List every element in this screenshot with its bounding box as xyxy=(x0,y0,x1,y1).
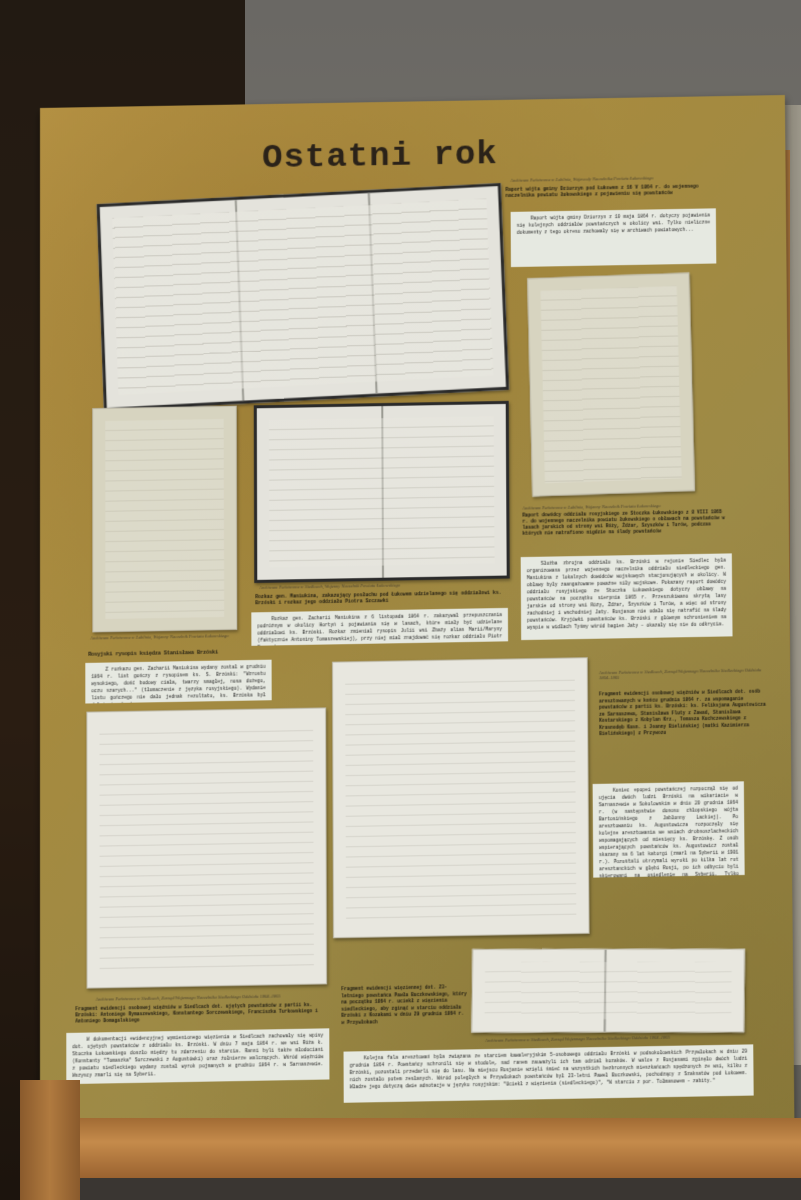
prison-register-strip xyxy=(471,949,745,1033)
heading-3: Rozkaz gen. Maniukina, zakazujący posłuc… xyxy=(255,591,507,608)
textbox-2: Służba zbrojna oddziału ks. Brzóski w re… xyxy=(521,553,733,640)
caption-4: Archiwum Państwowe w Lublinie, Wojenny N… xyxy=(90,633,241,641)
caption-5: Archiwum Państwowe w Siedlcach, Zarząd W… xyxy=(599,667,770,680)
archival-book-top xyxy=(97,183,510,411)
exhibition-board: Ostatni rok Archiwum Państwowe w Lublini… xyxy=(40,95,795,1167)
caption-2: Archiwum Państwowe w Lublinie, Wojenny N… xyxy=(522,502,733,511)
textbox-4: Z rozkazu gen. Zacharii Maniukina wydany… xyxy=(85,660,271,704)
wooden-frame-post-left xyxy=(20,1080,80,1200)
archival-letter xyxy=(527,273,695,497)
archival-page-left xyxy=(92,406,237,633)
heading-2: Raport dowódcy oddziału rosyjskiego ze S… xyxy=(522,510,728,538)
wooden-frame-rail xyxy=(20,1118,801,1178)
heading-6: Fragment ewidencji osobowej więźniów w S… xyxy=(75,1003,333,1026)
archival-book-middle xyxy=(254,401,510,583)
caption-1: Archiwum Państwowe w Lublinie, Wojewody … xyxy=(510,174,710,183)
caption-6: Archiwum Państwowe w Siedlcach, Zarząd W… xyxy=(96,992,339,1001)
floor-shadow xyxy=(80,1178,801,1200)
textbox-6: W dokumentacji ewidencyjnej wymienionego… xyxy=(66,1028,329,1084)
heading-1: Raport wójta gminy Dziurzyn pod Łukowem … xyxy=(505,184,715,200)
heading-7: Fragment ewidencji więziennej dot. 23-le… xyxy=(341,985,468,1027)
prison-register-middle xyxy=(332,657,590,938)
caption-7: Archiwum Państwowe w Siedlcach, Zarząd W… xyxy=(485,1033,748,1043)
textbox-5: Koniec epopei powstańczej rozpoczął się … xyxy=(593,781,745,877)
heading-4: Rosyjski rysopis księdza Stanisława Brzó… xyxy=(88,648,269,659)
textbox-1: Raport wójta gminy Dziurzyn z 10 maja 18… xyxy=(511,208,717,267)
caption-3: Archiwum Państwowe w Siedlcach, Wojenny … xyxy=(259,581,460,590)
board-title: Ostatni rok xyxy=(262,136,498,178)
prison-register-left xyxy=(86,707,327,988)
textbox-7: Kolejna fala aresztowań była związana ze… xyxy=(344,1044,754,1102)
heading-5: Fragment ewidencji osobowej więźniów w S… xyxy=(599,689,771,738)
textbox-3: Rozkaz gen. Zacharii Maniukina z 6 listo… xyxy=(251,608,508,646)
